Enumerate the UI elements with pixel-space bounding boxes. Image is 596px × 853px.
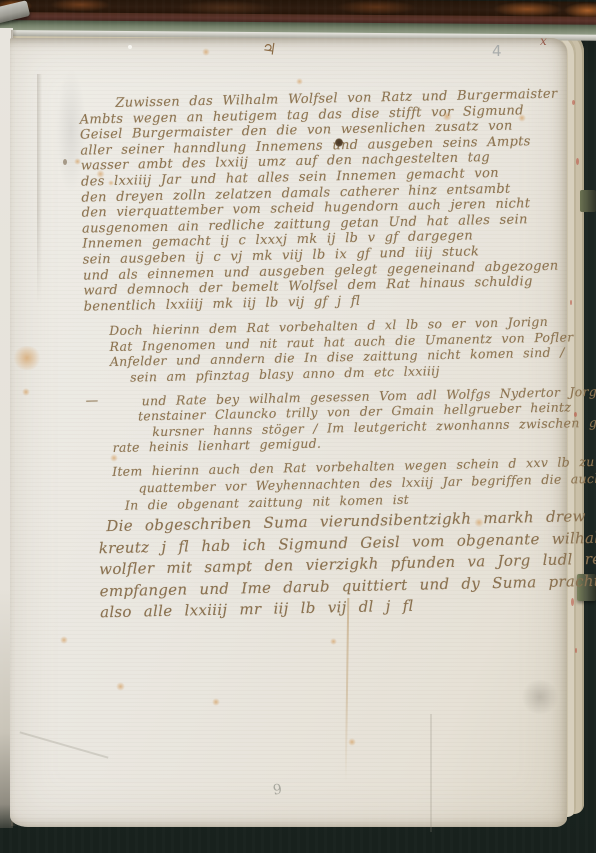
manuscript-scan: ♃ 4 x Zuwissen das Wilhalm Wolfsel von R…	[0, 0, 596, 853]
foxing-spot	[348, 738, 356, 746]
diagonal-crease	[20, 731, 109, 758]
foxing-spot	[212, 698, 220, 706]
vertical-crease	[430, 714, 432, 832]
foxing-spot	[116, 682, 125, 691]
stain-drip-line	[345, 598, 350, 782]
quire-mark: ♃	[261, 38, 278, 59]
foxing-spot	[96, 170, 105, 178]
foxing-spot	[110, 454, 118, 462]
foxing-spot	[202, 48, 210, 56]
foxing-spot	[296, 78, 303, 85]
manuscript-page: ♃ 4 x Zuwissen das Wilhalm Wolfsel von R…	[10, 38, 567, 827]
gray-smudge	[520, 680, 560, 714]
paragraph-4: Item hierinn auch den Rat vorbehalten we…	[112, 453, 596, 514]
paragraph-3: — und Rate bey wilhalm gesessen Vom adl …	[112, 383, 596, 456]
folio-number-pencil: 4	[492, 42, 502, 60]
foxing-spot	[442, 112, 452, 121]
foxing-spot	[108, 180, 114, 186]
foxing-spot	[518, 114, 526, 122]
ink-blot	[335, 138, 343, 147]
page-crease-top-left	[37, 74, 42, 304]
paragraph-lead-dash: —	[85, 392, 96, 408]
paragraph-1: Zuwissen das Wilhalm Wolfsel von Ratz un…	[79, 87, 562, 315]
foxing-spot	[74, 158, 81, 165]
bottom-pencil-mark: 9	[272, 781, 283, 798]
corner-ink-mark: x	[540, 34, 547, 48]
paper-fleck	[128, 45, 132, 49]
foxing-spot	[22, 388, 30, 396]
foxing-spot	[474, 518, 484, 527]
foxing-spot	[60, 636, 68, 644]
paragraph-2: Doch hierinn dem Rat vorbehalten d xl lb…	[109, 313, 574, 385]
index-tab-upper	[580, 190, 596, 212]
marginal-ink-speck	[63, 159, 67, 165]
foxing-spot	[330, 638, 337, 645]
foxing-stain-large	[12, 346, 42, 370]
